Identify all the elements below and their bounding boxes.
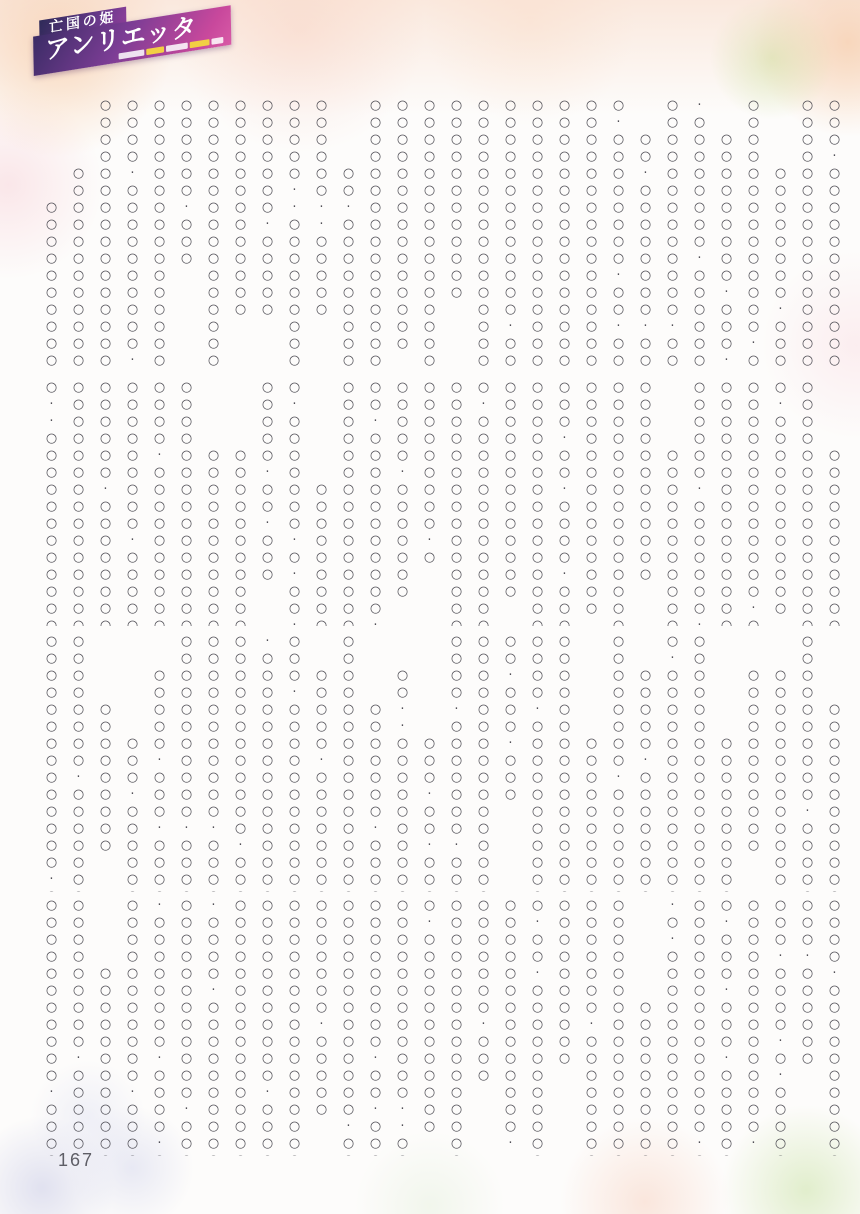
book-page: 亡国の姫 アンリエッタ ○○○·○○○○○○○○○○○○○○ ○○○○○○○○○… — [0, 0, 860, 1214]
text-band-2: ○○○○○○○○○○○○ ○○○○○○○○○○○○○○○○ ○·○○○○○○○○… — [32, 380, 848, 626]
text-band-1: ○○○·○○○○○○○○○○○○○○ ○○○○○○○○○○○○○○○○○○ ○○… — [32, 98, 848, 368]
text-band-4: ○○○○·○○○○○○○○○○○· ○○○·○○○○○○ ○○○·○○○○·○·… — [32, 898, 848, 1156]
page-number: 167 — [58, 1150, 94, 1171]
text-band-3: ○○○○○○○○○○○○○○○ ○○○○○○○○○○·○○○○○○ ○○○○○○… — [32, 634, 848, 892]
